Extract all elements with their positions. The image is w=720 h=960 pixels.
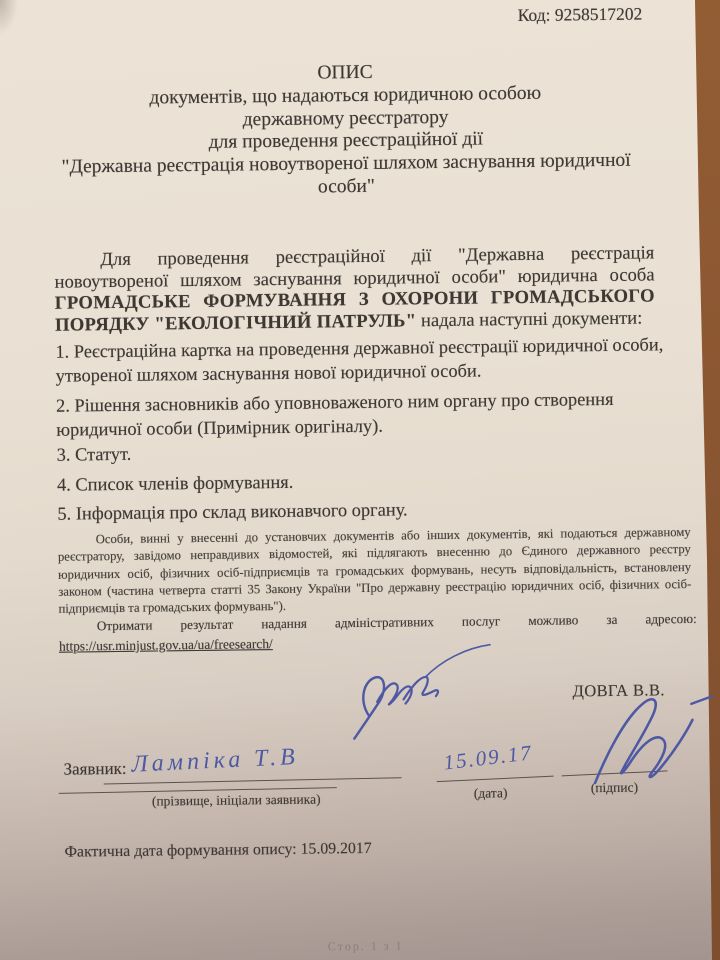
- document-title: ОПИС документів, що надаються юридичною …: [0, 58, 697, 203]
- document-item: 1. Реєстраційна картка на проведення дер…: [55, 333, 701, 388]
- document-photo: Код: 9258517202 ОПИС документів, що нада…: [0, 0, 720, 960]
- document-content: Код: 9258517202 ОПИС документів, що нада…: [0, 0, 720, 960]
- intro-text: Для проведення реєстраційної дії "Держав…: [54, 242, 654, 292]
- name-underline: [104, 777, 402, 784]
- result-url: https://usr.minjust.gov.ua/ua/freesearch…: [59, 636, 273, 655]
- code-label: Код: 9258517202: [518, 4, 643, 27]
- actual-date-line: Фактична дата формування опису: 15.09.20…: [64, 840, 371, 862]
- registrar-signature: [340, 641, 493, 755]
- applicant-label: Заявник:: [63, 759, 126, 780]
- page-footer: Стор. 1 з 1: [6, 935, 720, 959]
- intro-text: надала наступні документи:: [416, 307, 642, 331]
- applicant-signature: [588, 690, 717, 788]
- date-underline: [437, 776, 554, 783]
- name-caption: (прізвище, ініціали заявника): [152, 792, 321, 810]
- document-item: 5. Інформація про склад виконавчого орга…: [57, 495, 702, 526]
- intro-paragraph: Для проведення реєстраційної дії "Держав…: [54, 242, 655, 336]
- document-item: 3. Статут.: [57, 436, 702, 467]
- liability-paragraph: Особи, винні у внесенні до установчих до…: [58, 524, 692, 618]
- document-item: 4. Список членів формування.: [57, 466, 702, 497]
- applicant-name-handwritten: Лампіка Т.В: [131, 744, 299, 779]
- document-item: 2. Рішення засновників або уповноваженог…: [56, 387, 702, 442]
- date-caption: (дата): [474, 785, 508, 801]
